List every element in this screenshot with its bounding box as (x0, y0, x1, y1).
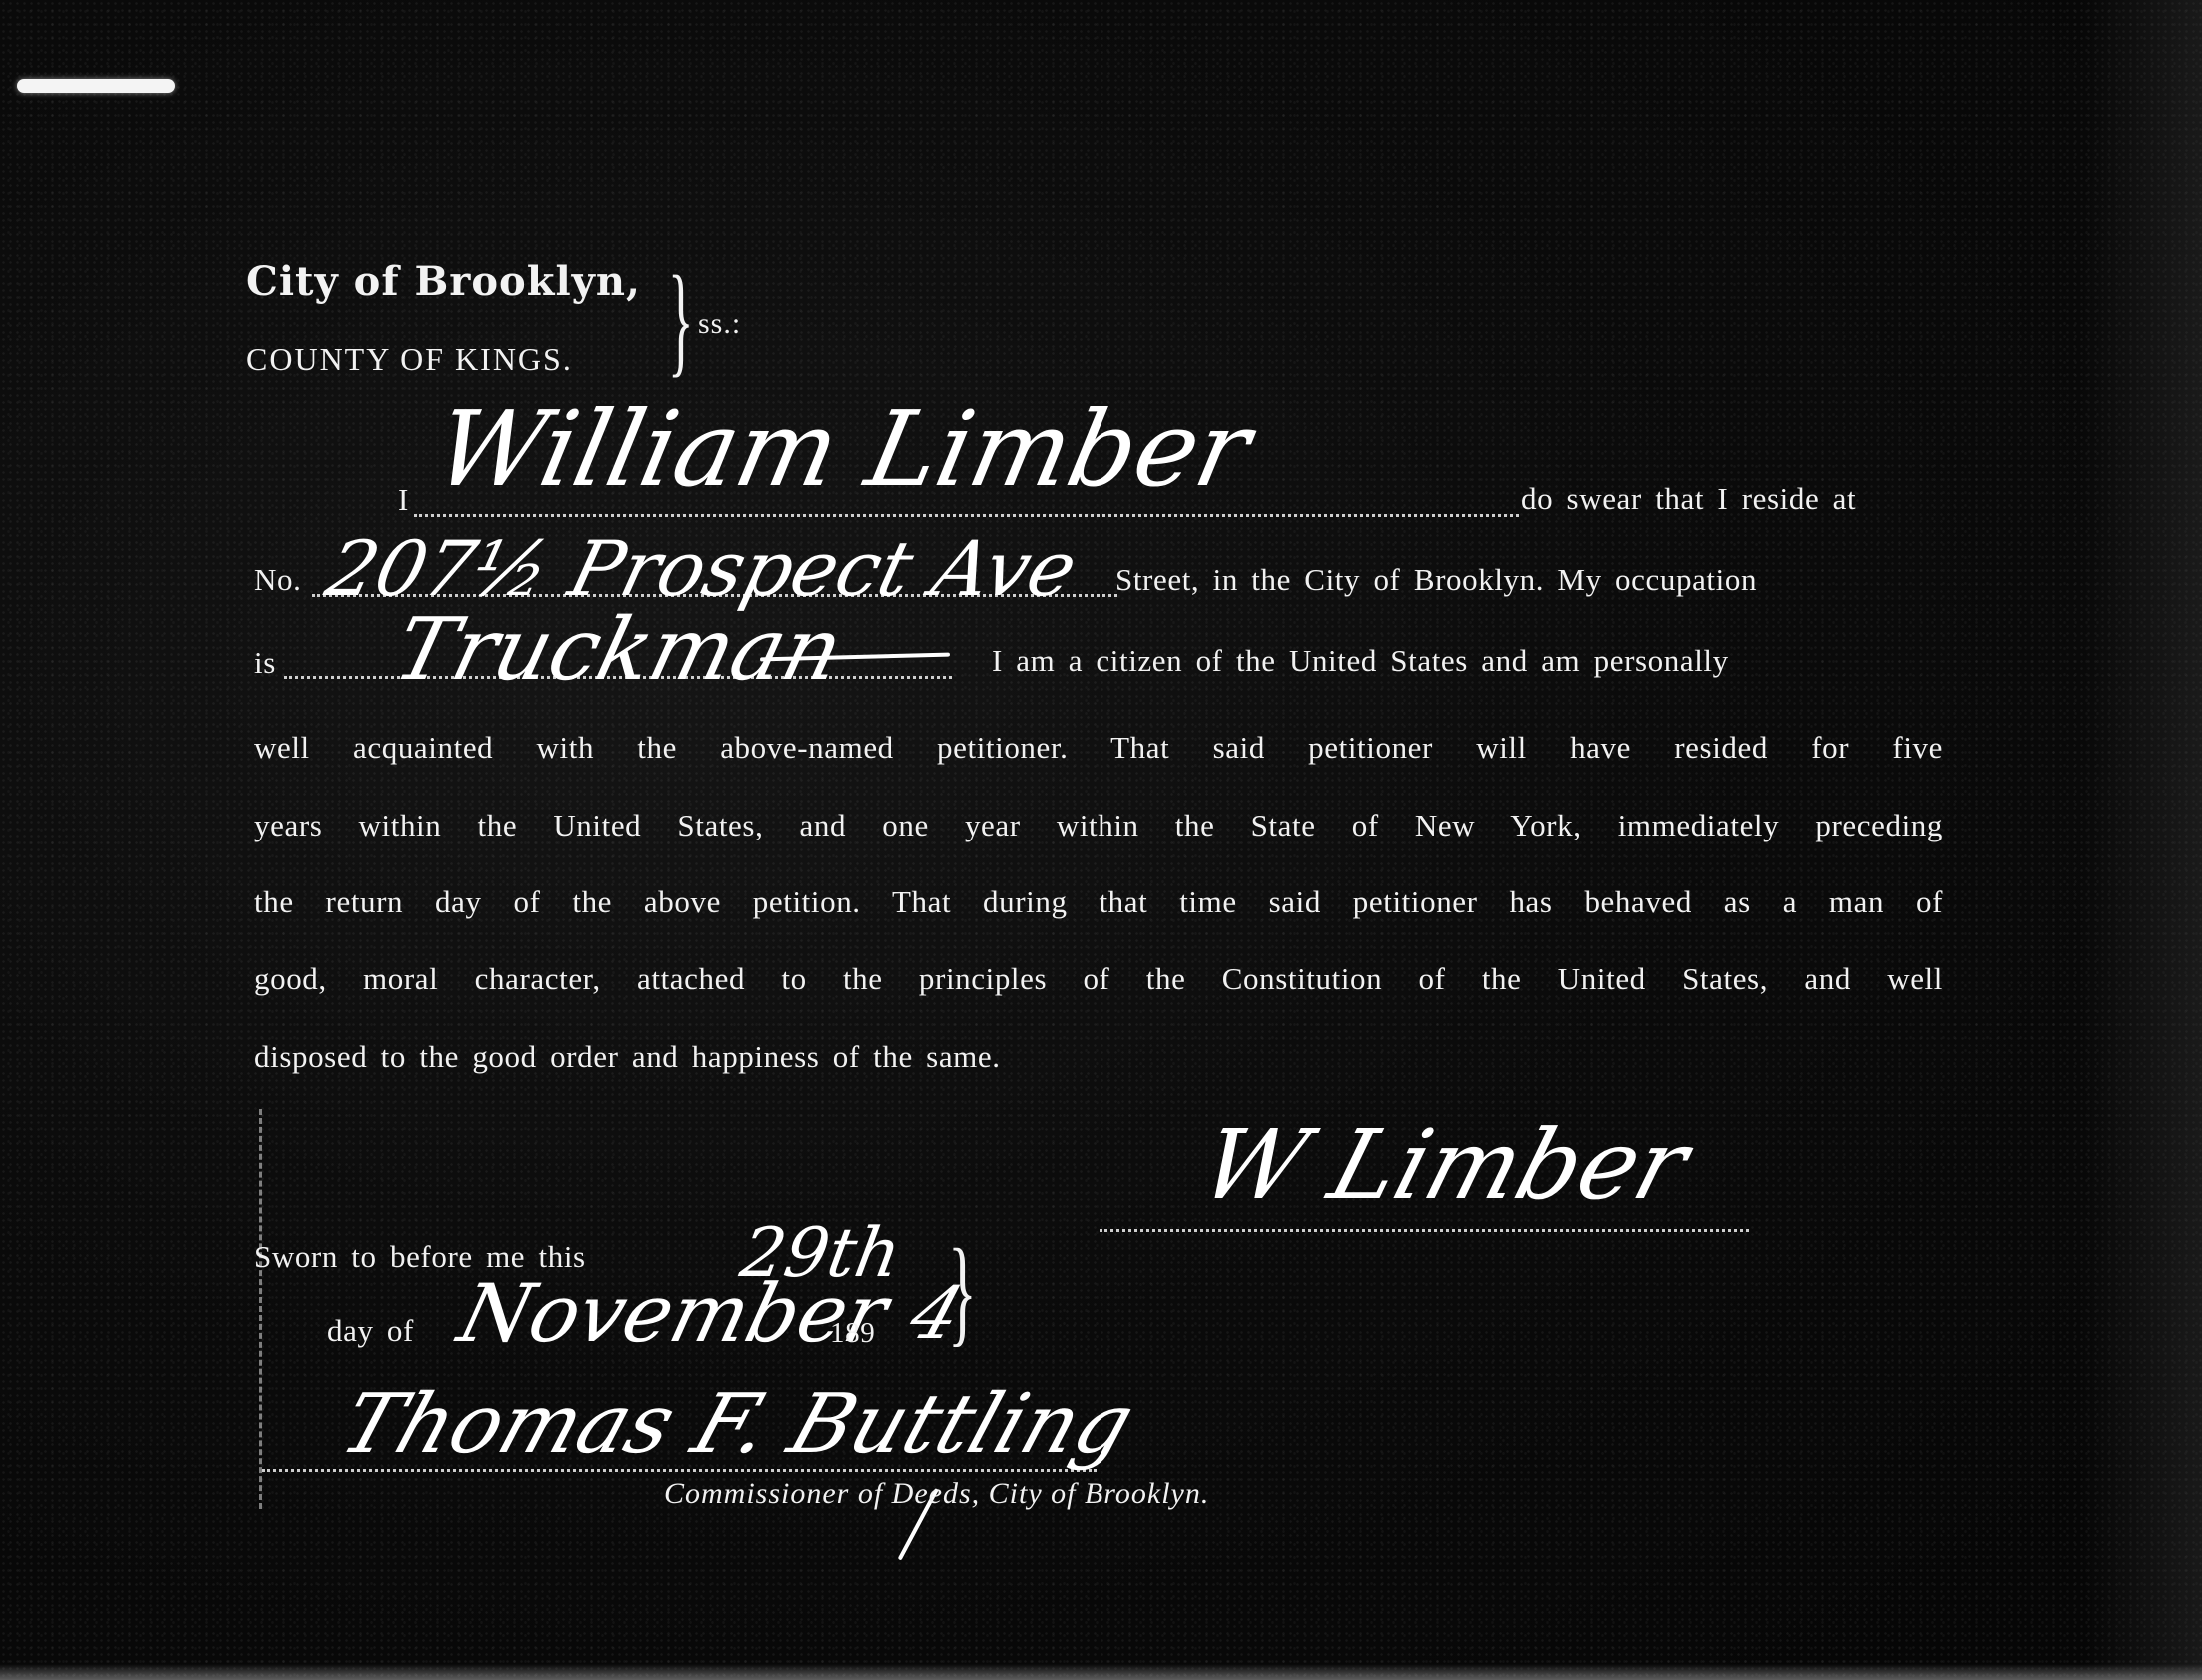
venue-city: City of Brooklyn, (246, 258, 641, 305)
oath-after-name: do swear that I reside at (1521, 481, 1856, 517)
witness-signature: W Limber (1189, 1109, 1700, 1221)
body-line-3: the return day of the above petition. Th… (254, 884, 1943, 920)
venue-brace: } (668, 258, 693, 382)
oath-after-occupation: I am a citizen of the United States and … (992, 643, 1729, 679)
commissioner-title: Commissioner of Deeds, City of Brooklyn. (664, 1477, 1209, 1511)
body-line-5: disposed to the good order and happiness… (254, 1039, 1001, 1075)
name-blank-line (414, 514, 1519, 517)
body-line-2: years within the United States, and one … (254, 808, 1943, 843)
body-line-1: well acquainted with the above-named pet… (254, 730, 1943, 766)
address-prefix: No. (254, 562, 301, 598)
occupation-handwriting: Truckman (385, 600, 852, 700)
jurat-line-2-prefix: day of (327, 1313, 414, 1349)
page-bottom-edge (0, 1664, 2202, 1680)
oath-prefix: I (398, 482, 409, 518)
margin-guide-line (259, 1109, 262, 1509)
jurat-year-printed: 189 (830, 1317, 875, 1350)
venue-county: COUNTY OF KINGS. (246, 341, 573, 378)
page-edge-shadow (2082, 0, 2202, 1680)
witness-name-handwriting: William Limber (425, 388, 1261, 510)
witness-signature-line (1100, 1229, 1749, 1232)
venue-ss: ss.: (698, 307, 741, 341)
commissioner-signature: Thomas F. Buttling (330, 1377, 1145, 1472)
body-line-4: good, moral character, attached to the p… (254, 961, 1943, 997)
document-page: City of Brooklyn, COUNTY OF KINGS. } ss.… (0, 0, 2202, 1680)
corner-tape-mark (17, 79, 175, 93)
jurat-brace: } (948, 1231, 977, 1351)
oath-after-address: Street, in the City of Brooklyn. My occu… (1115, 562, 1757, 598)
occupation-prefix: is (254, 645, 276, 681)
